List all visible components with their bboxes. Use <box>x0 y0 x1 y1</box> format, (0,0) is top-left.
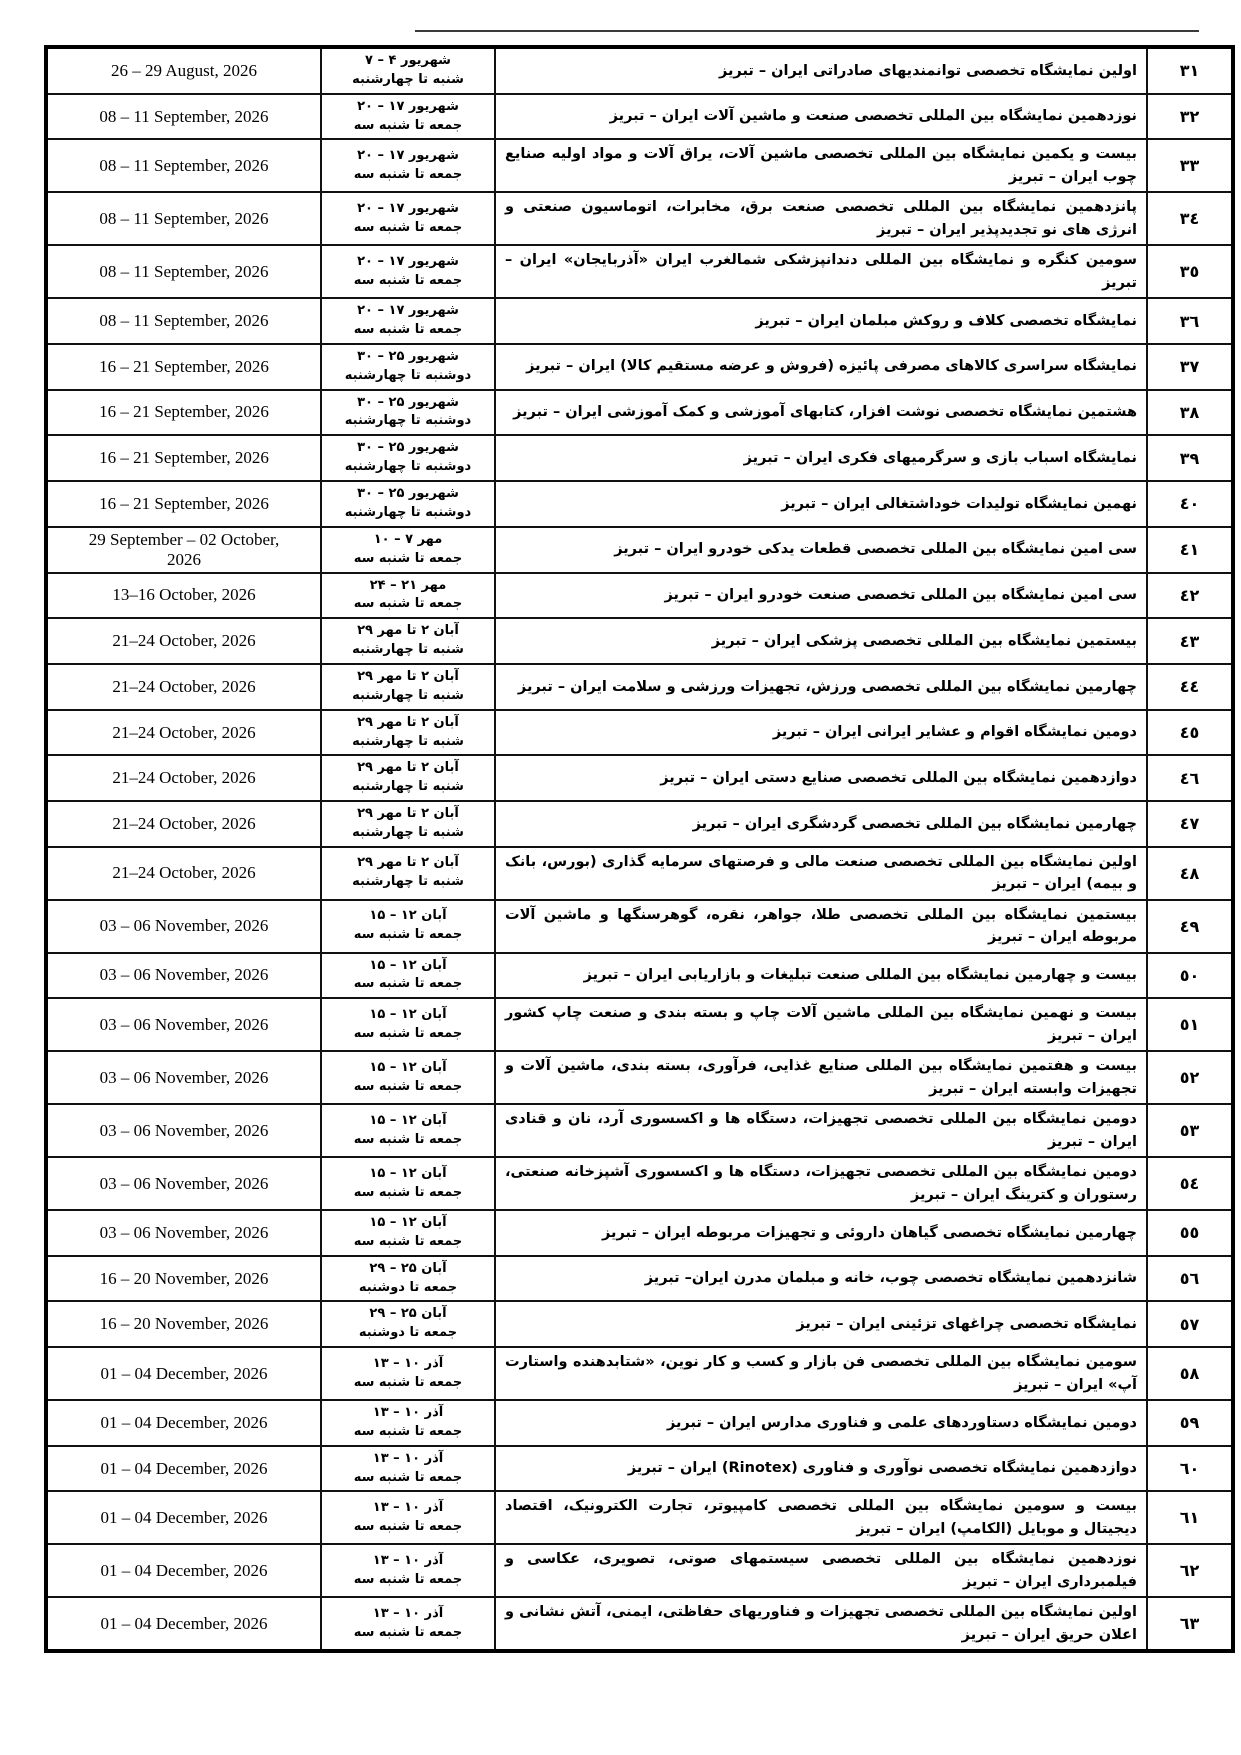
gregorian-date-cell: 21–24 October, 2026 <box>46 664 321 710</box>
jalali-date-cell: ۲۹‎ مهر‎ تا‎ ۲‎ آبان‎ چهارشنبه‎ تا‎ شنبه… <box>321 755 495 801</box>
jalali-date-range: ۲۰‎ –‎ ۱۷‎ شهریور‎ <box>324 253 492 272</box>
gregorian-date-cell: 21–24 October, 2026 <box>46 618 321 664</box>
gregorian-date-cell: 29 September – 02 October, 2026 <box>46 527 321 573</box>
exhibition-title: دوازدهمین نمایشگاه بین المللی تخصصی صنای… <box>495 755 1147 801</box>
exhibition-title: پانزدهمین نمایشگاه بین المللی تخصصی صنعت… <box>495 192 1147 245</box>
jalali-date-cell: ۱۵‎ –‎ ۱۲‎ آبان‎ سه‎ شنبه‎ تا‎ جمعه‎ <box>321 1157 495 1210</box>
exhibition-title: دومین نمایشگاه اقوام و عشایر ایرانی ایرا… <box>495 710 1147 756</box>
row-number: ٣٦ <box>1147 298 1233 344</box>
table-row: 13–16 October, 2026 ۲۴‎ –‎ ۲۱‎ مهر‎ سه‎ … <box>46 573 1233 619</box>
row-number: ٤٧ <box>1147 801 1233 847</box>
exhibition-title: اولین نمایشگاه بین المللی تخصصی صنعت مال… <box>495 847 1147 900</box>
row-number: ٣٢ <box>1147 94 1233 140</box>
jalali-date-cell: ۱۰‎ –‎ ۷‎ مهر‎ سه‎ شنبه‎ تا‎ جمعه‎ <box>321 527 495 573</box>
jalali-weekday-range: سه‎ شنبه‎ تا‎ جمعه‎ <box>324 975 492 994</box>
jalali-weekday-range: سه‎ شنبه‎ تا‎ جمعه‎ <box>324 1131 492 1150</box>
jalali-weekday-range: سه‎ شنبه‎ تا‎ جمعه‎ <box>324 272 492 291</box>
jalali-date-range: ۲۹‎ مهر‎ تا‎ ۲‎ آبان‎ <box>324 714 492 733</box>
jalali-date-range: ۲۹‎ –‎ ۲۵‎ آبان‎ <box>324 1305 492 1324</box>
jalali-date-cell: ۱۵‎ –‎ ۱۲‎ آبان‎ سه‎ شنبه‎ تا‎ جمعه‎ <box>321 1104 495 1157</box>
jalali-weekday-range: سه‎ شنبه‎ تا‎ جمعه‎ <box>324 219 492 238</box>
gregorian-date-cell: 16 – 21 September, 2026 <box>46 344 321 390</box>
jalali-weekday-range: چهارشنبه‎ تا‎ شنبه‎ <box>324 71 492 90</box>
jalali-date-cell: ۱۳‎ –‎ ۱۰‎ آذر‎ سه‎ شنبه‎ تا‎ جمعه‎ <box>321 1491 495 1544</box>
table-row: 21–24 October, 2026 ۲۹‎ مهر‎ تا‎ ۲‎ آبان… <box>46 755 1233 801</box>
jalali-date-range: ۱۵‎ –‎ ۱۲‎ آبان‎ <box>324 1112 492 1131</box>
jalali-date-range: ۱۳‎ –‎ ۱۰‎ آذر‎ <box>324 1499 492 1518</box>
jalali-weekday-range: سه‎ شنبه‎ تا‎ جمعه‎ <box>324 117 492 136</box>
gregorian-date-cell: 08 – 11 September, 2026 <box>46 94 321 140</box>
jalali-weekday-range: چهارشنبه‎ تا‎ شنبه‎ <box>324 824 492 843</box>
table-row: 16 – 21 September, 2026 ۳۰‎ –‎ ۲۵‎ شهریو… <box>46 390 1233 436</box>
jalali-date-cell: ۳۰‎ –‎ ۲۵‎ شهریور‎ چهارشنبه‎ تا‎ دوشنبه‎ <box>321 390 495 436</box>
table-row: 21–24 October, 2026 ۲۹‎ مهر‎ تا‎ ۲‎ آبان… <box>46 664 1233 710</box>
gregorian-date-cell: 01 – 04 December, 2026 <box>46 1400 321 1446</box>
exhibition-title: دومین نمایشگاه بین المللی تخصصی تجهیزات،… <box>495 1104 1147 1157</box>
jalali-date-range: ۳۰‎ –‎ ۲۵‎ شهریور‎ <box>324 394 492 413</box>
jalali-date-cell: ۱۳‎ –‎ ۱۰‎ آذر‎ سه‎ شنبه‎ تا‎ جمعه‎ <box>321 1400 495 1446</box>
jalali-date-range: ۲۰‎ –‎ ۱۷‎ شهریور‎ <box>324 200 492 219</box>
table-row: 08 – 11 September, 2026 ۲۰‎ –‎ ۱۷‎ شهریو… <box>46 94 1233 140</box>
row-number: ٦٠ <box>1147 1446 1233 1492</box>
jalali-date-range: ۲۹‎ مهر‎ تا‎ ۲‎ آبان‎ <box>324 668 492 687</box>
exhibition-title: بیست و هفتمین نمایشگاه بین المللی صنایع … <box>495 1051 1147 1104</box>
jalali-date-cell: ۱۳‎ –‎ ۱۰‎ آذر‎ سه‎ شنبه‎ تا‎ جمعه‎ <box>321 1597 495 1651</box>
jalali-date-range: ۱۳‎ –‎ ۱۰‎ آذر‎ <box>324 1355 492 1374</box>
exhibition-title: شانزدهمین نمایشگاه تخصصی چوب، خانه و مبل… <box>495 1256 1147 1302</box>
table-row: 03 – 06 November, 2026 ۱۵‎ –‎ ۱۲‎ آبان‎ … <box>46 953 1233 999</box>
row-number: ٥٦ <box>1147 1256 1233 1302</box>
jalali-date-cell: ۱۵‎ –‎ ۱۲‎ آبان‎ سه‎ شنبه‎ تا‎ جمعه‎ <box>321 953 495 999</box>
gregorian-date-cell: 03 – 06 November, 2026 <box>46 1104 321 1157</box>
exhibition-title: بیست و نهمین نمایشگاه بین المللی ماشین آ… <box>495 998 1147 1051</box>
table-row: 03 – 06 November, 2026 ۱۵‎ –‎ ۱۲‎ آبان‎ … <box>46 900 1233 953</box>
jalali-weekday-range: سه‎ شنبه‎ تا‎ جمعه‎ <box>324 1518 492 1537</box>
jalali-date-cell: ۲۰‎ –‎ ۱۷‎ شهریور‎ سه‎ شنبه‎ تا‎ جمعه‎ <box>321 139 495 192</box>
jalali-date-cell: ۲۰‎ –‎ ۱۷‎ شهریور‎ سه‎ شنبه‎ تا‎ جمعه‎ <box>321 298 495 344</box>
table-row: 16 – 21 September, 2026 ۳۰‎ –‎ ۲۵‎ شهریو… <box>46 435 1233 481</box>
table-row: 01 – 04 December, 2026 ۱۳‎ –‎ ۱۰‎ آذر‎ س… <box>46 1544 1233 1597</box>
exhibition-calendar-table: 26 – 29 August, 2026 ۷‎ –‎ ۴‎ شهریور‎ چه… <box>44 45 1235 1653</box>
jalali-date-cell: ۱۳‎ –‎ ۱۰‎ آذر‎ سه‎ شنبه‎ تا‎ جمعه‎ <box>321 1544 495 1597</box>
row-number: ٤٢ <box>1147 573 1233 619</box>
row-number: ٥٣ <box>1147 1104 1233 1157</box>
jalali-weekday-range: سه‎ شنبه‎ تا‎ جمعه‎ <box>324 1571 492 1590</box>
table-row: 16 – 21 September, 2026 ۳۰‎ –‎ ۲۵‎ شهریو… <box>46 344 1233 390</box>
gregorian-date-cell: 08 – 11 September, 2026 <box>46 245 321 298</box>
row-number: ٤٨ <box>1147 847 1233 900</box>
gregorian-date-cell: 01 – 04 December, 2026 <box>46 1347 321 1400</box>
table-row: 01 – 04 December, 2026 ۱۳‎ –‎ ۱۰‎ آذر‎ س… <box>46 1347 1233 1400</box>
jalali-date-range: ۲۴‎ –‎ ۲۱‎ مهر‎ <box>324 577 492 596</box>
jalali-weekday-range: چهارشنبه‎ تا‎ شنبه‎ <box>324 778 492 797</box>
gregorian-date-cell: 16 – 21 September, 2026 <box>46 481 321 527</box>
jalali-date-range: ۳۰‎ –‎ ۲۵‎ شهریور‎ <box>324 348 492 367</box>
jalali-weekday-range: دوشنبه‎ تا‎ جمعه‎ <box>324 1279 492 1298</box>
table-row: 01 – 04 December, 2026 ۱۳‎ –‎ ۱۰‎ آذر‎ س… <box>46 1491 1233 1544</box>
row-number: ٥٤ <box>1147 1157 1233 1210</box>
jalali-weekday-range: سه‎ شنبه‎ تا‎ جمعه‎ <box>324 595 492 614</box>
jalali-weekday-range: سه‎ شنبه‎ تا‎ جمعه‎ <box>324 1423 492 1442</box>
jalali-date-range: ۳۰‎ –‎ ۲۵‎ شهریور‎ <box>324 439 492 458</box>
jalali-date-cell: ۱۳‎ –‎ ۱۰‎ آذر‎ سه‎ شنبه‎ تا‎ جمعه‎ <box>321 1446 495 1492</box>
gregorian-date-cell: 03 – 06 November, 2026 <box>46 998 321 1051</box>
jalali-date-cell: ۳۰‎ –‎ ۲۵‎ شهریور‎ چهارشنبه‎ تا‎ دوشنبه‎ <box>321 435 495 481</box>
gregorian-date-cell: 01 – 04 December, 2026 <box>46 1491 321 1544</box>
gregorian-date-cell: 03 – 06 November, 2026 <box>46 1157 321 1210</box>
jalali-date-range: ۱۳‎ –‎ ۱۰‎ آذر‎ <box>324 1450 492 1469</box>
jalali-weekday-range: سه‎ شنبه‎ تا‎ جمعه‎ <box>324 1184 492 1203</box>
row-number: ٥٨ <box>1147 1347 1233 1400</box>
jalali-date-range: ۲۰‎ –‎ ۱۷‎ شهریور‎ <box>324 302 492 321</box>
exhibition-title: چهارمین نمایشگاه بین المللی تخصصی ورزش، … <box>495 664 1147 710</box>
exhibition-title: دوازدهمین نمایشگاه تخصصی نوآوری و فناوری… <box>495 1446 1147 1492</box>
exhibition-title: سومین نمایشگاه بین المللی تخصصی فن بازار… <box>495 1347 1147 1400</box>
gregorian-date-cell: 03 – 06 November, 2026 <box>46 900 321 953</box>
jalali-date-range: ۲۹‎ مهر‎ تا‎ ۲‎ آبان‎ <box>324 854 492 873</box>
row-number: ٣٨ <box>1147 390 1233 436</box>
jalali-date-range: ۱۵‎ –‎ ۱۲‎ آبان‎ <box>324 907 492 926</box>
row-number: ٤١ <box>1147 527 1233 573</box>
row-number: ٥١ <box>1147 998 1233 1051</box>
jalali-date-range: ۱۵‎ –‎ ۱۲‎ آبان‎ <box>324 1165 492 1184</box>
jalali-weekday-range: چهارشنبه‎ تا‎ شنبه‎ <box>324 641 492 660</box>
jalali-weekday-range: سه‎ شنبه‎ تا‎ جمعه‎ <box>324 1025 492 1044</box>
jalali-date-range: ۳۰‎ –‎ ۲۵‎ شهریور‎ <box>324 485 492 504</box>
row-number: ٤٦ <box>1147 755 1233 801</box>
jalali-date-cell: ۲۰‎ –‎ ۱۷‎ شهریور‎ سه‎ شنبه‎ تا‎ جمعه‎ <box>321 94 495 140</box>
jalali-weekday-range: چهارشنبه‎ تا‎ شنبه‎ <box>324 873 492 892</box>
jalali-date-cell: ۲۹‎ –‎ ۲۵‎ آبان‎ دوشنبه‎ تا‎ جمعه‎ <box>321 1301 495 1347</box>
row-number: ٦٢ <box>1147 1544 1233 1597</box>
exhibition-title: هشتمین نمایشگاه تخصصی نوشت افزار، کتابها… <box>495 390 1147 436</box>
table-row: 01 – 04 December, 2026 ۱۳‎ –‎ ۱۰‎ آذر‎ س… <box>46 1400 1233 1446</box>
exhibition-title: بیست و چهارمین نمایشگاه بین المللی صنعت … <box>495 953 1147 999</box>
row-number: ٤٣ <box>1147 618 1233 664</box>
table-row: 16 – 20 November, 2026 ۲۹‎ –‎ ۲۵‎ آبان‎ … <box>46 1301 1233 1347</box>
jalali-weekday-range: سه‎ شنبه‎ تا‎ جمعه‎ <box>324 926 492 945</box>
exhibition-title: اولین نمایشگاه تخصصی توانمندیهای صادراتی… <box>495 47 1147 94</box>
exhibition-title: نهمین نمایشگاه تولیدات خوداشتغالی ایران … <box>495 481 1147 527</box>
jalali-weekday-range: سه‎ شنبه‎ تا‎ جمعه‎ <box>324 1624 492 1643</box>
gregorian-date-cell: 01 – 04 December, 2026 <box>46 1544 321 1597</box>
jalali-date-range: ۲۰‎ –‎ ۱۷‎ شهریور‎ <box>324 98 492 117</box>
exhibition-title: سومین کنگره و نمایشگاه بین المللی دندانپ… <box>495 245 1147 298</box>
jalali-date-cell: ۲۴‎ –‎ ۲۱‎ مهر‎ سه‎ شنبه‎ تا‎ جمعه‎ <box>321 573 495 619</box>
exhibition-title: نوزدهمین نمایشگاه بین المللی تخصصی صنعت … <box>495 94 1147 140</box>
jalali-weekday-range: دوشنبه‎ تا‎ جمعه‎ <box>324 1324 492 1343</box>
exhibition-title: بیستمین نمایشگاه بین المللی تخصصی پزشکی … <box>495 618 1147 664</box>
jalali-date-cell: ۷‎ –‎ ۴‎ شهریور‎ چهارشنبه‎ تا‎ شنبه‎ <box>321 47 495 94</box>
row-number: ٤٤ <box>1147 664 1233 710</box>
row-number: ٣١ <box>1147 47 1233 94</box>
exhibition-title: دومین نمایشگاه بین المللی تخصصی تجهیزات،… <box>495 1157 1147 1210</box>
gregorian-date-cell: 03 – 06 November, 2026 <box>46 953 321 999</box>
table-row: 01 – 04 December, 2026 ۱۳‎ –‎ ۱۰‎ آذر‎ س… <box>46 1597 1233 1651</box>
table-row: 26 – 29 August, 2026 ۷‎ –‎ ۴‎ شهریور‎ چه… <box>46 47 1233 94</box>
exhibition-title: نمایشگاه تخصصی کلاف و روکش مبلمان ایران … <box>495 298 1147 344</box>
jalali-date-range: ۱۵‎ –‎ ۱۲‎ آبان‎ <box>324 1059 492 1078</box>
jalali-date-range: ۷‎ –‎ ۴‎ شهریور‎ <box>324 52 492 71</box>
table-row: 03 – 06 November, 2026 ۱۵‎ –‎ ۱۲‎ آبان‎ … <box>46 1051 1233 1104</box>
table-row: 03 – 06 November, 2026 ۱۵‎ –‎ ۱۲‎ آبان‎ … <box>46 998 1233 1051</box>
jalali-weekday-range: چهارشنبه‎ تا‎ شنبه‎ <box>324 733 492 752</box>
gregorian-date-cell: 01 – 04 December, 2026 <box>46 1597 321 1651</box>
gregorian-date-cell: 03 – 06 November, 2026 <box>46 1210 321 1256</box>
jalali-date-cell: ۲۹‎ مهر‎ تا‎ ۲‎ آبان‎ چهارشنبه‎ تا‎ شنبه… <box>321 801 495 847</box>
jalali-date-range: ۲۰‎ –‎ ۱۷‎ شهریور‎ <box>324 147 492 166</box>
gregorian-date-cell: 16 – 21 September, 2026 <box>46 435 321 481</box>
jalali-date-cell: ۳۰‎ –‎ ۲۵‎ شهریور‎ چهارشنبه‎ تا‎ دوشنبه‎ <box>321 344 495 390</box>
jalali-date-cell: ۲۹‎ مهر‎ تا‎ ۲‎ آبان‎ چهارشنبه‎ تا‎ شنبه… <box>321 710 495 756</box>
gregorian-date-cell: 16 – 20 November, 2026 <box>46 1301 321 1347</box>
gregorian-date-cell: 08 – 11 September, 2026 <box>46 139 321 192</box>
table-row: 03 – 06 November, 2026 ۱۵‎ –‎ ۱۲‎ آبان‎ … <box>46 1104 1233 1157</box>
jalali-date-range: ۲۹‎ –‎ ۲۵‎ آبان‎ <box>324 1260 492 1279</box>
gregorian-date-cell: 26 – 29 August, 2026 <box>46 47 321 94</box>
table-row: 21–24 October, 2026 ۲۹‎ مهر‎ تا‎ ۲‎ آبان… <box>46 801 1233 847</box>
row-number: ٦٣ <box>1147 1597 1233 1651</box>
gregorian-date-cell: 08 – 11 September, 2026 <box>46 192 321 245</box>
table-row: 29 September – 02 October, 2026 ۱۰‎ –‎ ۷… <box>46 527 1233 573</box>
jalali-weekday-range: چهارشنبه‎ تا‎ دوشنبه‎ <box>324 504 492 523</box>
jalali-weekday-range: چهارشنبه‎ تا‎ دوشنبه‎ <box>324 367 492 386</box>
jalali-date-range: ۲۹‎ مهر‎ تا‎ ۲‎ آبان‎ <box>324 759 492 778</box>
jalali-date-range: ۱۳‎ –‎ ۱۰‎ آذر‎ <box>324 1552 492 1571</box>
exhibition-title: نمایشگاه سراسری کالاهای مصرفی پائیزه (فر… <box>495 344 1147 390</box>
jalali-weekday-range: چهارشنبه‎ تا‎ دوشنبه‎ <box>324 412 492 431</box>
jalali-date-range: ۲۹‎ مهر‎ تا‎ ۲‎ آبان‎ <box>324 805 492 824</box>
table-row: 08 – 11 September, 2026 ۲۰‎ –‎ ۱۷‎ شهریو… <box>46 192 1233 245</box>
row-number: ٤٩ <box>1147 900 1233 953</box>
row-number: ٥٢ <box>1147 1051 1233 1104</box>
jalali-date-cell: ۱۵‎ –‎ ۱۲‎ آبان‎ سه‎ شنبه‎ تا‎ جمعه‎ <box>321 1210 495 1256</box>
gregorian-date-cell: 13–16 October, 2026 <box>46 573 321 619</box>
jalali-date-range: ۱۵‎ –‎ ۱۲‎ آبان‎ <box>324 1006 492 1025</box>
table-row: 08 – 11 September, 2026 ۲۰‎ –‎ ۱۷‎ شهریو… <box>46 245 1233 298</box>
jalali-date-cell: ۳۰‎ –‎ ۲۵‎ شهریور‎ چهارشنبه‎ تا‎ دوشنبه‎ <box>321 481 495 527</box>
gregorian-date-cell: 21–24 October, 2026 <box>46 801 321 847</box>
table-row: 03 – 06 November, 2026 ۱۵‎ –‎ ۱۲‎ آبان‎ … <box>46 1210 1233 1256</box>
row-number: ٣٥ <box>1147 245 1233 298</box>
jalali-date-range: ۱۵‎ –‎ ۱۲‎ آبان‎ <box>324 957 492 976</box>
exhibition-title: چهارمین نمایشگاه بین المللی تخصصی گردشگر… <box>495 801 1147 847</box>
jalali-weekday-range: سه‎ شنبه‎ تا‎ جمعه‎ <box>324 1469 492 1488</box>
row-number: ٤٠ <box>1147 481 1233 527</box>
jalali-date-range: ۱۵‎ –‎ ۱۲‎ آبان‎ <box>324 1214 492 1233</box>
exhibition-title: نوزدهمین نمایشگاه بین المللی تخصصی سیستم… <box>495 1544 1147 1597</box>
jalali-weekday-range: سه‎ شنبه‎ تا‎ جمعه‎ <box>324 1233 492 1252</box>
table-row: 21–24 October, 2026 ۲۹‎ مهر‎ تا‎ ۲‎ آبان… <box>46 847 1233 900</box>
row-number: ٦١ <box>1147 1491 1233 1544</box>
jalali-date-cell: ۲۹‎ –‎ ۲۵‎ آبان‎ دوشنبه‎ تا‎ جمعه‎ <box>321 1256 495 1302</box>
exhibition-title: بیست و سومین نمایشگاه بین المللی تخصصی ک… <box>495 1491 1147 1544</box>
table-body: 26 – 29 August, 2026 ۷‎ –‎ ۴‎ شهریور‎ چه… <box>46 47 1233 1651</box>
gregorian-date-cell: 03 – 06 November, 2026 <box>46 1051 321 1104</box>
table-row: 01 – 04 December, 2026 ۱۳‎ –‎ ۱۰‎ آذر‎ س… <box>46 1446 1233 1492</box>
jalali-date-cell: ۲۹‎ مهر‎ تا‎ ۲‎ آبان‎ چهارشنبه‎ تا‎ شنبه… <box>321 618 495 664</box>
jalali-date-cell: ۱۵‎ –‎ ۱۲‎ آبان‎ سه‎ شنبه‎ تا‎ جمعه‎ <box>321 900 495 953</box>
gregorian-date-cell: 21–24 October, 2026 <box>46 755 321 801</box>
jalali-date-cell: ۲۹‎ مهر‎ تا‎ ۲‎ آبان‎ چهارشنبه‎ تا‎ شنبه… <box>321 664 495 710</box>
row-number: ٣٩ <box>1147 435 1233 481</box>
jalali-date-range: ۱۰‎ –‎ ۷‎ مهر‎ <box>324 531 492 550</box>
exhibition-title: سی امین نمایشگاه بین المللی تخصصی قطعات … <box>495 527 1147 573</box>
jalali-weekday-range: چهارشنبه‎ تا‎ دوشنبه‎ <box>324 458 492 477</box>
document-page: 26 – 29 August, 2026 ۷‎ –‎ ۴‎ شهریور‎ چه… <box>0 0 1241 1755</box>
previous-row-border-remnant <box>415 30 1199 32</box>
table-row: 08 – 11 September, 2026 ۲۰‎ –‎ ۱۷‎ شهریو… <box>46 298 1233 344</box>
jalali-date-range: ۱۳‎ –‎ ۱۰‎ آذر‎ <box>324 1404 492 1423</box>
table-row: 21–24 October, 2026 ۲۹‎ مهر‎ تا‎ ۲‎ آبان… <box>46 710 1233 756</box>
exhibition-title: بیست و یکمین نمایشگاه بین المللی تخصصی م… <box>495 139 1147 192</box>
gregorian-date-cell: 08 – 11 September, 2026 <box>46 298 321 344</box>
row-number: ٣٤ <box>1147 192 1233 245</box>
jalali-weekday-range: سه‎ شنبه‎ تا‎ جمعه‎ <box>324 321 492 340</box>
exhibition-title: بیستمین نمایشگاه بین المللی تخصصی طلا، ج… <box>495 900 1147 953</box>
jalali-weekday-range: سه‎ شنبه‎ تا‎ جمعه‎ <box>324 1374 492 1393</box>
row-number: ٤٥ <box>1147 710 1233 756</box>
jalali-weekday-range: سه‎ شنبه‎ تا‎ جمعه‎ <box>324 166 492 185</box>
gregorian-date-cell: 16 – 21 September, 2026 <box>46 390 321 436</box>
row-number: ٥٠ <box>1147 953 1233 999</box>
jalali-weekday-range: سه‎ شنبه‎ تا‎ جمعه‎ <box>324 550 492 569</box>
jalali-date-cell: ۲۰‎ –‎ ۱۷‎ شهریور‎ سه‎ شنبه‎ تا‎ جمعه‎ <box>321 245 495 298</box>
exhibition-title: نمایشگاه تخصصی چراغهای تزئینی ایران – تب… <box>495 1301 1147 1347</box>
exhibition-title: نمایشگاه اسباب بازی و سرگرمیهای فکری ایر… <box>495 435 1147 481</box>
table-row: 21–24 October, 2026 ۲۹‎ مهر‎ تا‎ ۲‎ آبان… <box>46 618 1233 664</box>
row-number: ٣٧ <box>1147 344 1233 390</box>
jalali-date-cell: ۲۰‎ –‎ ۱۷‎ شهریور‎ سه‎ شنبه‎ تا‎ جمعه‎ <box>321 192 495 245</box>
table-row: 08 – 11 September, 2026 ۲۰‎ –‎ ۱۷‎ شهریو… <box>46 139 1233 192</box>
jalali-date-range: ۲۹‎ مهر‎ تا‎ ۲‎ آبان‎ <box>324 622 492 641</box>
exhibition-title: اولین نمایشگاه بین المللی تخصصی تجهیزات … <box>495 1597 1147 1651</box>
jalali-weekday-range: چهارشنبه‎ تا‎ شنبه‎ <box>324 687 492 706</box>
jalali-date-cell: ۱۵‎ –‎ ۱۲‎ آبان‎ سه‎ شنبه‎ تا‎ جمعه‎ <box>321 1051 495 1104</box>
gregorian-date-cell: 21–24 October, 2026 <box>46 710 321 756</box>
exhibition-title: دومین نمایشگاه دستاوردهای علمی و فناوری … <box>495 1400 1147 1446</box>
table-row: 16 – 20 November, 2026 ۲۹‎ –‎ ۲۵‎ آبان‎ … <box>46 1256 1233 1302</box>
row-number: ٥٩ <box>1147 1400 1233 1446</box>
row-number: ٣٣ <box>1147 139 1233 192</box>
jalali-date-cell: ۱۵‎ –‎ ۱۲‎ آبان‎ سه‎ شنبه‎ تا‎ جمعه‎ <box>321 998 495 1051</box>
table-row: 03 – 06 November, 2026 ۱۵‎ –‎ ۱۲‎ آبان‎ … <box>46 1157 1233 1210</box>
exhibition-title: سی امین نمایشگاه بین المللی تخصصی صنعت خ… <box>495 573 1147 619</box>
gregorian-date-cell: 16 – 20 November, 2026 <box>46 1256 321 1302</box>
gregorian-date-cell: 21–24 October, 2026 <box>46 847 321 900</box>
gregorian-date-cell: 01 – 04 December, 2026 <box>46 1446 321 1492</box>
jalali-date-cell: ۲۹‎ مهر‎ تا‎ ۲‎ آبان‎ چهارشنبه‎ تا‎ شنبه… <box>321 847 495 900</box>
table-row: 16 – 21 September, 2026 ۳۰‎ –‎ ۲۵‎ شهریو… <box>46 481 1233 527</box>
row-number: ٥٧ <box>1147 1301 1233 1347</box>
row-number: ٥٥ <box>1147 1210 1233 1256</box>
exhibition-title: چهارمین نمایشگاه تخصصی گیاهان داروئی و ت… <box>495 1210 1147 1256</box>
jalali-date-range: ۱۳‎ –‎ ۱۰‎ آذر‎ <box>324 1605 492 1624</box>
jalali-date-cell: ۱۳‎ –‎ ۱۰‎ آذر‎ سه‎ شنبه‎ تا‎ جمعه‎ <box>321 1347 495 1400</box>
jalali-weekday-range: سه‎ شنبه‎ تا‎ جمعه‎ <box>324 1078 492 1097</box>
